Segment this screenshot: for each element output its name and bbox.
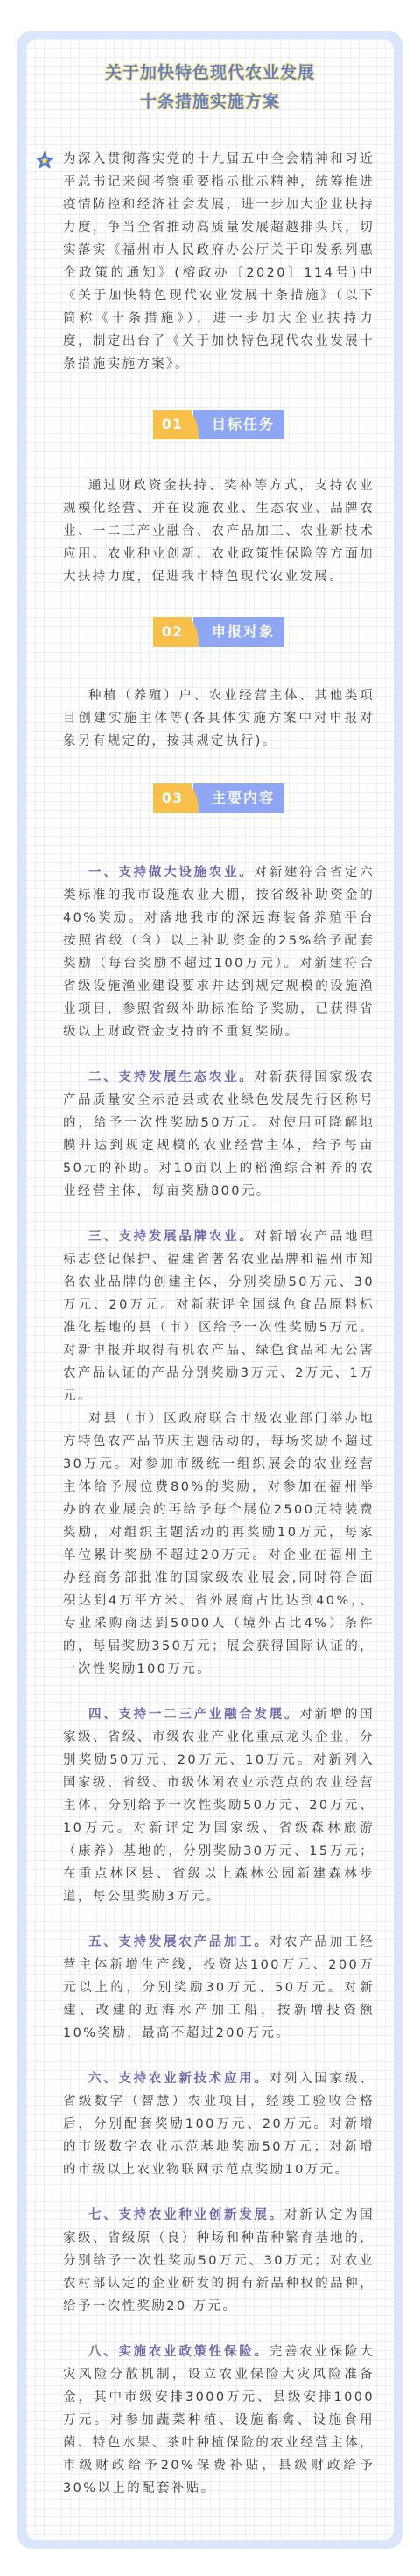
item-heading: 一、支持做大设施农业。: [88, 866, 255, 880]
item-text: 对新增农产品地理标志登记保护、福建省著名农业品牌和福州市知名农业品牌的创建主体，…: [63, 1230, 374, 1403]
item-2: 二、支持发展生态农业。对新获得国家级农产品质量安全示范县或农业绿色发展先行区称号…: [63, 1066, 374, 1203]
item-heading: 八、实施农业政策性保险。: [88, 2345, 269, 2359]
document-frame: 关于加快特色现代农业发展 十条措施实施方案 为深入贯彻落实党的十九届五中全会精神…: [17, 31, 402, 2549]
item-text: 对农产品加工经营主体新增生产线，投资达100万元、200万元以上的，分别奖励30…: [63, 1935, 374, 2040]
item-heading: 三、支持发展品牌农业。: [88, 1230, 255, 1244]
page: 关于加快特色现代农业发展 十条措施实施方案 为深入贯彻落实党的十九届五中全会精神…: [0, 0, 420, 2576]
item-5: 五、支持发展农产品加工。对农产品加工经营主体新增生产线，投资达100万元、200…: [63, 1931, 374, 2045]
section-number: 01: [153, 410, 192, 439]
item-8: 八、实施农业政策性保险。完善农业保险大灾风险分散机制，设立农业保险大灾风险准备金…: [63, 2341, 374, 2500]
item-heading: 六、支持农业新技术应用。: [88, 2072, 269, 2086]
title-line-1: 关于加快特色现代农业发展: [26, 59, 394, 88]
item-text: 对新增的国家级、省级、市级农业产业化重点龙头企业，分别奖励50万元、20万元、1…: [63, 1708, 374, 1904]
section-badge-02: 02 申报对象: [153, 617, 284, 647]
section-label: 目标任务: [192, 410, 284, 439]
item-text: 对新获得国家级农产品质量安全示范县或农业绿色发展先行区称号的，给予一次性奖励50…: [63, 1070, 374, 1198]
section-02-text: 种植（养殖）户、农业经营主体、其他类项目创建实施主体等(各具体实施方案中对申报对…: [63, 684, 374, 753]
item-4: 四、支持一二三产业融合发展。对新增的国家级、省级、市级农业产业化重点龙头企业，分…: [63, 1703, 374, 1908]
item-text: 对新认定为国家级、省级原（良）种场和种苗种繁育基地的，分别给予一次性奖励50万元…: [63, 2208, 374, 2313]
item-1: 一、支持做大设施农业。对新建符合省定六类标准的我市设施农业大棚，按省级补助资金的…: [63, 861, 374, 1043]
star-icon: [35, 151, 54, 170]
intro-paragraph: 为深入贯彻落实党的十九届五中全会精神和习近平总书记来闽考察重要指示批示精神，统筹…: [63, 148, 374, 376]
document-card: 关于加快特色现代农业发展 十条措施实施方案 为深入贯彻落实党的十九届五中全会精神…: [26, 39, 394, 2540]
item-text: 对列入国家级、省级数字（智慧）农业项目，经竣工验收合格后，分别配套奖励100万元…: [63, 2072, 374, 2177]
title-line-2: 十条措施实施方案: [26, 88, 394, 116]
section-number: 03: [153, 783, 192, 813]
item-text: 完善农业保险大灾风险分散机制，设立农业保险大灾风险准备金，其中市级安排3000万…: [63, 2345, 374, 2495]
item-3-continued: 对县（市）区政府联合市级农业部门举办地方特色农产品节庆主题活动的，每场奖励不超过…: [63, 1407, 374, 1681]
item-7: 七、支持农业种业创新发展。对新认定为国家级、省级原（良）种场和种苗种繁育基地的，…: [63, 2204, 374, 2318]
section-label: 主要内容: [192, 783, 284, 813]
item-6: 六、支持农业新技术应用。对列入国家级、省级数字（智慧）农业项目，经竣工验收合格后…: [63, 2067, 374, 2181]
section-badge-03: 03 主要内容: [153, 783, 284, 813]
item-heading: 二、支持发展生态农业。: [88, 1070, 255, 1084]
section-number: 02: [153, 617, 192, 647]
main-content-list: 一、支持做大设施农业。对新建符合省定六类标准的我市设施农业大棚，按省级补助资金的…: [63, 861, 374, 2500]
document-title: 关于加快特色现代农业发展 十条措施实施方案: [26, 59, 394, 116]
item-3: 三、支持发展品牌农业。对新增农产品地理标志登记保护、福建省著名农业品牌和福州市知…: [63, 1225, 374, 1407]
section-label: 申报对象: [192, 617, 284, 647]
section-01-text: 通过财政资金扶持、奖补等方式，支持农业规模化经营、并在设施农业、生态农业、品牌农…: [63, 474, 374, 588]
item-text: 对新建符合省定六类标准的我市设施农业大棚，按省级补助资金的40%奖励。对落地我市…: [63, 866, 374, 1039]
item-heading: 七、支持农业种业创新发展。: [88, 2208, 284, 2222]
item-heading: 四、支持一二三产业融合发展。: [88, 1708, 299, 1722]
section-badge-01: 01 目标任务: [153, 410, 284, 439]
item-heading: 五、支持发展农产品加工。: [88, 1935, 269, 1949]
